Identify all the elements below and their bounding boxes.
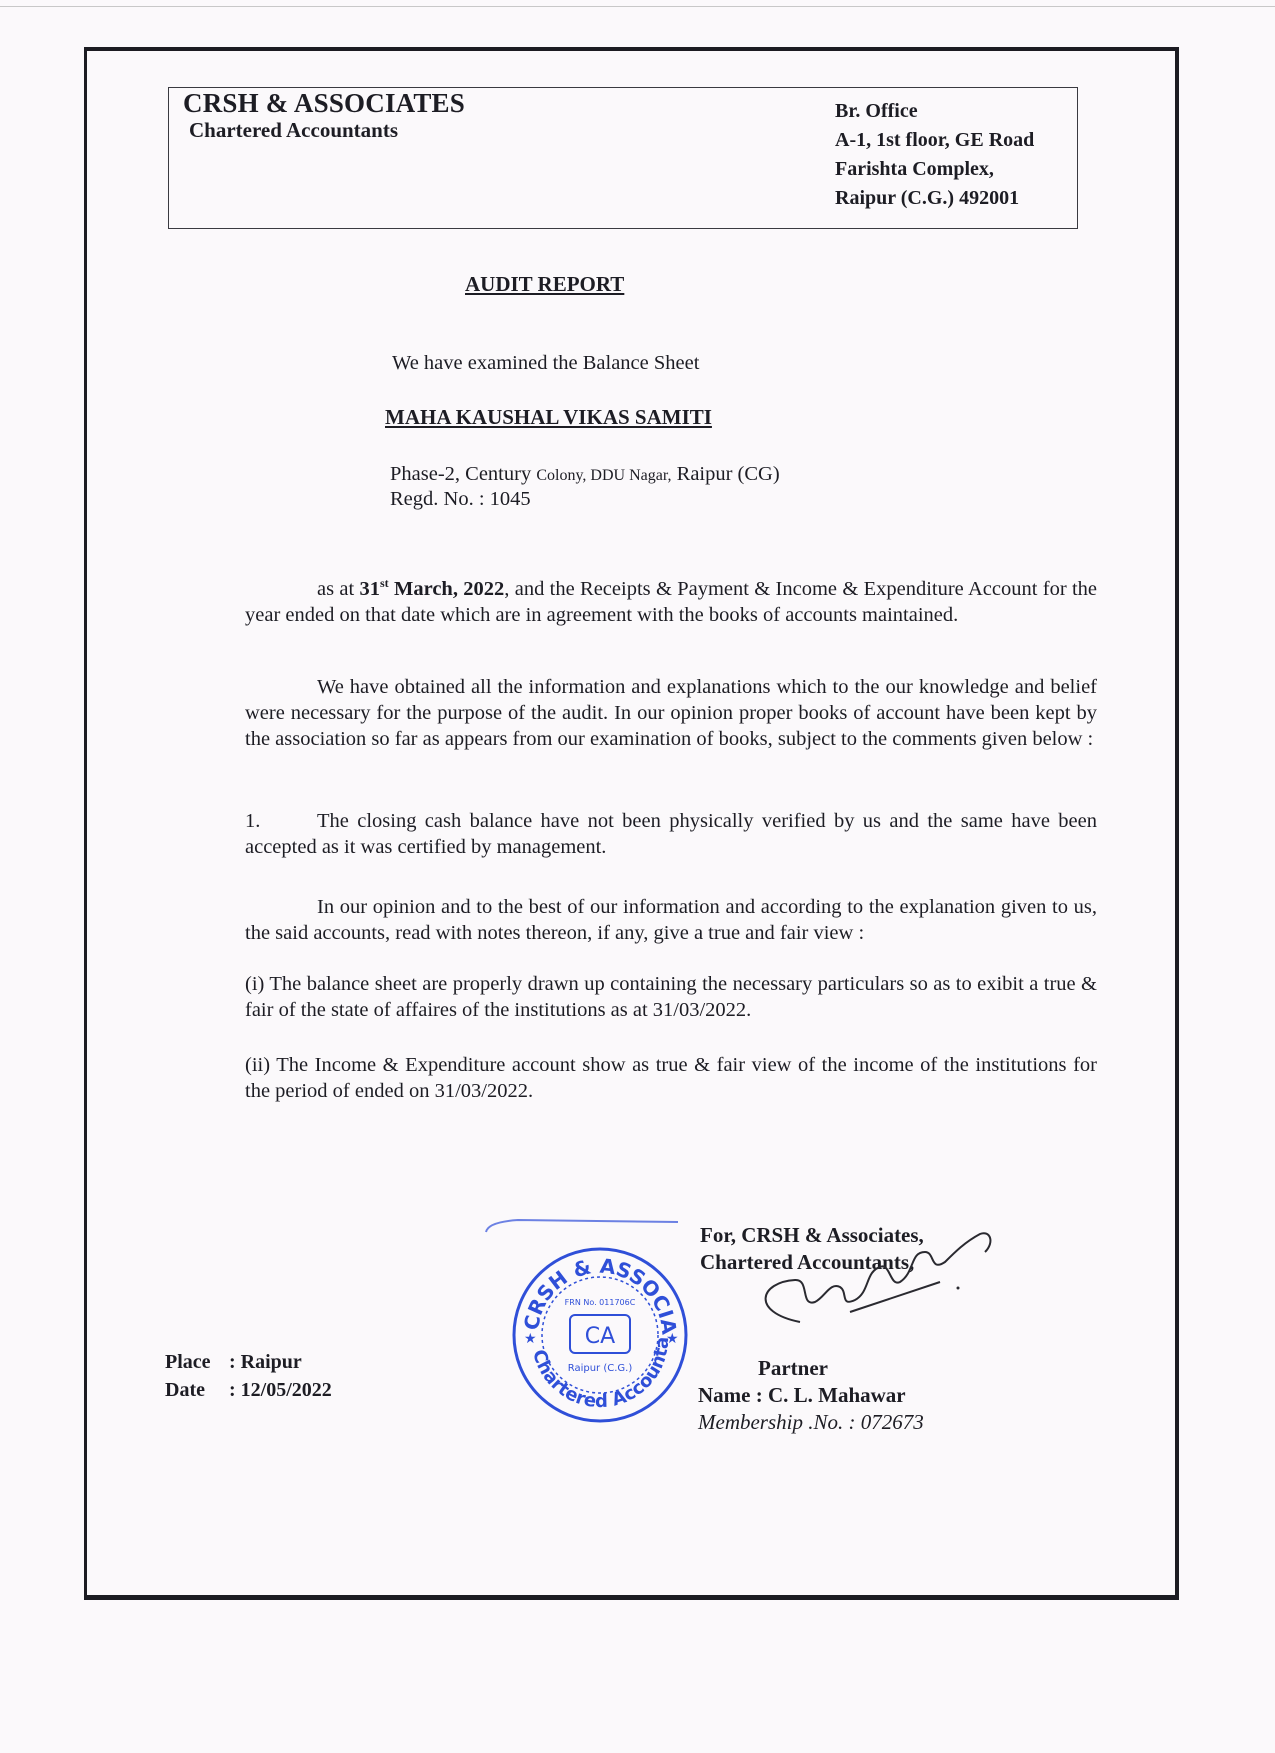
text: st	[380, 576, 389, 590]
svg-text:★: ★	[524, 1332, 537, 1347]
date-value: : 12/05/2022	[229, 1379, 332, 1401]
intro-line: We have examined the Balance Sheet	[392, 352, 699, 375]
scan-edge-line	[0, 6, 1275, 7]
text: We have obtained all the information and…	[245, 676, 1097, 750]
firm-name: CRSH & ASSOCIATES	[183, 88, 465, 119]
office-line: A-1, 1st floor, GE Road	[835, 126, 1034, 155]
address-part: Phase-2, Century	[390, 463, 536, 485]
membership-number: Membership .No. : 072673	[698, 1410, 924, 1435]
opinion-point-1: (i) The balance sheet are properly drawn…	[245, 971, 1097, 1023]
registration-number: Regd. No. : 1045	[390, 488, 531, 511]
comment-item: 1.The closing cash balance have not been…	[245, 808, 1097, 860]
organization-address: Phase-2, Century Colony, DDU Nagar, Raip…	[390, 463, 780, 486]
paragraph-opinion: In our opinion and to the best of our in…	[245, 894, 1097, 946]
text: March, 2022	[389, 578, 505, 600]
address-part: Colony, DDU Nagar,	[536, 467, 671, 484]
place-row: Place: Raipur	[165, 1348, 332, 1376]
date-row: Date: 12/05/2022	[165, 1376, 332, 1404]
address-part: Raipur (CG)	[672, 463, 780, 485]
branch-office-address: Br. Office A-1, 1st floor, GE Road Faris…	[835, 97, 1034, 213]
text: In our opinion and to the best of our in…	[245, 896, 1097, 944]
svg-text:Raipur (C.G.): Raipur (C.G.)	[568, 1363, 633, 1374]
office-line: Raipur (C.G.) 492001	[835, 184, 1034, 213]
svg-text:CA: CA	[585, 1324, 615, 1349]
text: as at	[317, 578, 360, 600]
report-title: AUDIT REPORT	[465, 272, 624, 297]
pen-stroke-mark	[478, 1210, 688, 1240]
comment-text: The closing cash balance have not been p…	[245, 810, 1097, 858]
svg-text:★: ★	[666, 1332, 679, 1347]
place-label: Place	[165, 1348, 229, 1376]
firm-subtitle: Chartered Accountants	[189, 118, 398, 143]
comment-number: 1.	[245, 808, 317, 834]
paragraph-balance-sheet: as at 31st March, 2022, and the Receipts…	[245, 570, 1097, 628]
office-line: Farishta Complex,	[835, 155, 1034, 184]
firm-seal-stamp-icon: CRSH & ASSOCIATES Chartered Accountants …	[508, 1243, 692, 1427]
text: 31	[360, 578, 381, 600]
organization-name: MAHA KAUSHAL VIKAS SAMITI	[385, 405, 712, 430]
svg-text:CRSH & ASSOCIATES: CRSH & ASSOCIATES	[508, 1243, 681, 1336]
letterhead: CRSH & ASSOCIATES Chartered Accountants …	[168, 87, 1078, 229]
svg-text:FRN No. 011706C: FRN No. 011706C	[565, 1298, 636, 1307]
place-value: : Raipur	[229, 1351, 302, 1373]
office-line: Br. Office	[835, 97, 1034, 126]
partner-label: Partner	[758, 1356, 828, 1381]
partner-name: Name : C. L. Mahawar	[698, 1383, 906, 1408]
date-label: Date	[165, 1376, 229, 1404]
place-date-block: Place: Raipur Date: 12/05/2022	[165, 1348, 332, 1404]
handwritten-signature-icon	[740, 1212, 1020, 1342]
opinion-point-2: (ii) The Income & Expenditure account sh…	[245, 1052, 1097, 1104]
paragraph-information: We have obtained all the information and…	[245, 674, 1097, 752]
